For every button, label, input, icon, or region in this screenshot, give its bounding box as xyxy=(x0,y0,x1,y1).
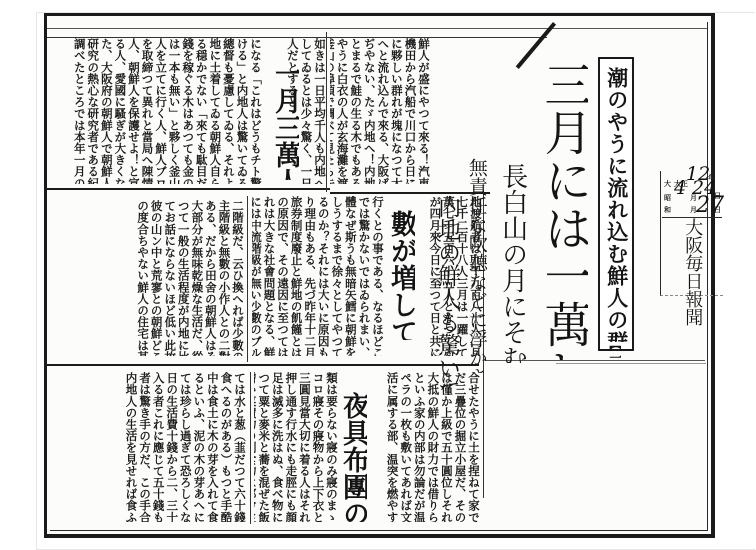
text-line: だ三疊位の掘立小屋だ、その家賃 xyxy=(453,372,467,522)
text-line: 旅券制度廢止と鮮地の飢饉とはそ xyxy=(289,196,303,356)
article-middle-left-text: 二階級だ、云ひ換へれば少數の地 主階級と無數の小作人との二對立で ある、だから田… xyxy=(74,200,244,356)
column-rule-top xyxy=(326,32,327,192)
stamp-label-wa: 和 xyxy=(664,205,671,215)
text-line: 主階級と無數の小作人との二對立で xyxy=(217,200,231,356)
text-line: 食へるのがある）もつと手酷い連 xyxy=(219,372,233,522)
text-line: る穏かでない「來ても駄目だぞ！ xyxy=(194,38,208,184)
text-line: の原因で、その遠因に至つてはこ xyxy=(276,196,290,356)
text-line: 噌か菜漬物の副食物は都會生活を xyxy=(254,372,257,522)
text-line: 大抵の鮮人の財力では借りられない xyxy=(426,372,440,522)
newspaper-name: 大阪毎日報聞 xyxy=(682,218,703,328)
text-line: つて粟と麥米と蕎を混ぜた飯に味 xyxy=(257,372,271,522)
column-rule-bottom xyxy=(250,372,251,524)
text-line: 押し通す行水にも走脛にも顔や手 xyxy=(284,372,298,522)
article-middle-center-text: 行くとの事である、なるほどこれ では驚かないではゐられまい、一 體なぜ斯うも無暗… xyxy=(252,196,384,356)
column-rule-bottom-right xyxy=(483,368,484,498)
text-line: になる「これはどうもチト驚嘆し xyxy=(248,38,262,184)
text-line: 總督も憂慮してゐる、それよりも内 xyxy=(221,38,235,184)
stamp-date: 大 大正 昭 和 年 月 月 日 日 12 4 24 27 xyxy=(662,171,722,218)
headline-underline xyxy=(556,363,706,364)
text-line: 機田から汽船で川口から日に〻〱 xyxy=(403,38,417,184)
text-line: 彼の山ン中と荒寥との朝鮮どころ xyxy=(149,200,163,356)
text-line: り理由もある、先づ昨年十二月の xyxy=(303,196,317,356)
text-line: 二階級だ、云ひ換へれば少數の地 xyxy=(230,200,244,356)
stamp-label-dai: 大 xyxy=(664,179,671,189)
handwritten-month: 4 xyxy=(674,177,686,199)
text-line: てお話にならないほど低い此故も xyxy=(163,200,177,356)
article-middle-right-text: 地渡航者は九千九百八十人二月が 七千二百十八人三月は一躍して二 萬七千五百六十五… xyxy=(422,196,482,356)
text-line: 如きは一日平均千人も内地へ渡航 xyxy=(312,38,326,184)
article-bottom-center-text: 類は要らない寢のみ寢のまゝので コロ寢その寢物から上下衣ともで二 三圓見當大切に… xyxy=(254,372,338,522)
text-line: とまるで鮭の生る木でもあるかの xyxy=(349,38,363,184)
section-heading-2: 數が増して xyxy=(388,210,415,340)
text-line: 人、朝鮮人を保護せよ！と宣傳す xyxy=(126,38,140,184)
text-line: 鮮人が盛にやつて來る！汽車で xyxy=(416,38,430,184)
text-line: といふ家の内部は勿論だが温突でアン xyxy=(412,372,426,522)
text-line: 日の生活費十錢から二、三十錢位 xyxy=(165,372,179,522)
text-line: 内地人の生活を見せれば食ふや食 xyxy=(124,372,138,522)
text-line: る人、愛國に騷ぎが大きくなつて來 xyxy=(113,38,127,184)
text-line: ペラの一枚も敷いてあれば文化生 xyxy=(399,372,413,522)
text-line: は僅か上級で五十圓位しそれが漸や xyxy=(439,372,453,522)
text-line: 活に属する部、温突を燃やすから xyxy=(385,372,399,522)
section-heading-1: 一月三萬人 xyxy=(272,60,299,180)
text-line: を取締つて異れと當局へ陳情する xyxy=(140,38,154,184)
text-line: 萬七千五百六十五人となつてゐる xyxy=(441,196,455,356)
column-rule-middle xyxy=(247,196,248,362)
text-line: るのか？それには大いに原因もあ xyxy=(316,196,330,356)
section-heading-3: 夜具布團の xyxy=(340,392,367,522)
text-line: の度合ちやない鮮人の住宅は甚し xyxy=(136,200,150,356)
article-top-right-text: 鮮人が盛にやつて來る！汽車で 機田から汽船で川口から日に〻〱 に夥しい群れが塊に… xyxy=(330,38,430,184)
text-line: 行くとの事である、なるほどこれ xyxy=(370,196,384,356)
text-line: 三圓見當大切に着る人はそれで一生 xyxy=(297,372,311,522)
text-line: 大部分が無味乾燥な生活だ、從 xyxy=(190,200,204,356)
text-line: には中流階級が無い少數のブルヂ xyxy=(252,196,262,356)
text-line: 入る者これに應じて五十錢も儲ける xyxy=(151,372,165,522)
text-line: では驚かないではゐられまい、一 xyxy=(357,196,371,356)
series-title: 潮のやうに流れ込む鮮人の群 xyxy=(604,67,629,342)
text-line: ては水と葱（韮だつて六十錢位も xyxy=(232,372,246,522)
article-top-left-text: になる「これはどうもチト驚嘆し ける」と内地人は驚いてゐる、朝鮮 總督も憂慮して… xyxy=(48,38,262,184)
text-line: 足は滅多に洗はぬ、食べ物にした xyxy=(270,372,284,522)
text-line: た、大阪府の朝鮮人で朝鮮人問題 xyxy=(99,38,113,184)
text-line: やうに白衣の人が玄海灘を渡る、 xyxy=(335,38,349,184)
band-rule-1-left xyxy=(47,188,330,190)
text-line: ぢやない、たゞ内地へ！内地へ！ xyxy=(362,38,376,184)
text-line: るといふ、泥の木の芽あへに至つ xyxy=(192,372,206,522)
text-line: 類は要らない寢のみ寢のまゝので xyxy=(324,372,338,522)
text-line: が四月來今日に至つて日と共に益 xyxy=(428,196,442,356)
handwritten-day-2: 27 xyxy=(696,193,724,218)
text-line: 體なぜ斯うも無暗矢鱈に朝鮮を空 xyxy=(343,196,357,356)
text-line: 錢を稼ぐる木はあつても金の生る木 xyxy=(181,38,195,184)
text-line: 者は驚き手の方だ、この手合ひに xyxy=(138,372,152,522)
text-line: しうするまで徐々としてやつて來 xyxy=(330,196,344,356)
main-headline: 三月には一萬と七千人 xyxy=(540,60,588,360)
text-line: 研究の熱心な研究者である紀本氏の xyxy=(86,38,100,184)
band-rule-2 xyxy=(47,364,479,366)
series-number: 【一】 xyxy=(606,338,621,360)
text-line: へと流れ込んで來る、大阪ばかり xyxy=(376,38,390,184)
article-bottom-left-text: ては水と葱（韮だつて六十錢位も 食へるのがある）もつと手酷い連 中は食土に木の芽… xyxy=(48,372,246,522)
text-line: 中は食土に木の芽を入れて食つて xyxy=(205,372,219,522)
text-line: 地渡航者は九千九百八十人二月が xyxy=(468,196,482,356)
text-line: コロ寢その寢物から上下衣ともで二 xyxy=(311,372,325,522)
text-line: ける」と内地人は驚いてゐる、朝鮮 xyxy=(235,38,249,184)
text-line: 釜山の埠頭で調べて見たら先月の xyxy=(330,38,335,184)
text-line: つて一般の生活程度が内地に比べ xyxy=(176,200,190,356)
text-line: ては珍らし過ぎて恐ろしくなる、一 xyxy=(178,372,192,522)
subheadline-1: 長白山の月にそむいて内地へ〱 xyxy=(497,163,528,363)
series-title-box: 潮のやうに流れ込む鮮人の群 xyxy=(598,57,634,351)
text-line: 地に土着してゐる朝鮮人自らが頗 xyxy=(208,38,222,184)
text-line: れは大きな社會問題となる、鮮人も朝鮮 xyxy=(262,196,276,356)
text-line: に夥しい群れが塊になつて大阪 xyxy=(389,38,403,184)
text-line: ある、だから田舍の朝鮮人はその xyxy=(203,200,217,356)
text-line: 人を立てに行く人、鮮人ブローカー xyxy=(154,38,168,184)
text-line: 調べたところでは本年一月の際 xyxy=(72,38,86,184)
article-bottom-right-text: 合せたやうに土を捏ねて家で似ん だ三疊位の掘立小屋だ、その家賃 は僅か上級で五十… xyxy=(384,372,480,522)
text-line: は一本も無い」と夥しく釜山まで鮮 xyxy=(167,38,181,184)
text-line: 七千二百十八人三月は一躍して二 xyxy=(455,196,469,356)
stamp-label-sho: 昭 xyxy=(664,193,671,203)
text-line: してゐるとは少々驚く、一日に千 xyxy=(299,38,313,184)
top-inner-rule xyxy=(47,28,707,29)
text-line: 合せたやうに土を捏ねて家で似ん xyxy=(466,372,480,522)
